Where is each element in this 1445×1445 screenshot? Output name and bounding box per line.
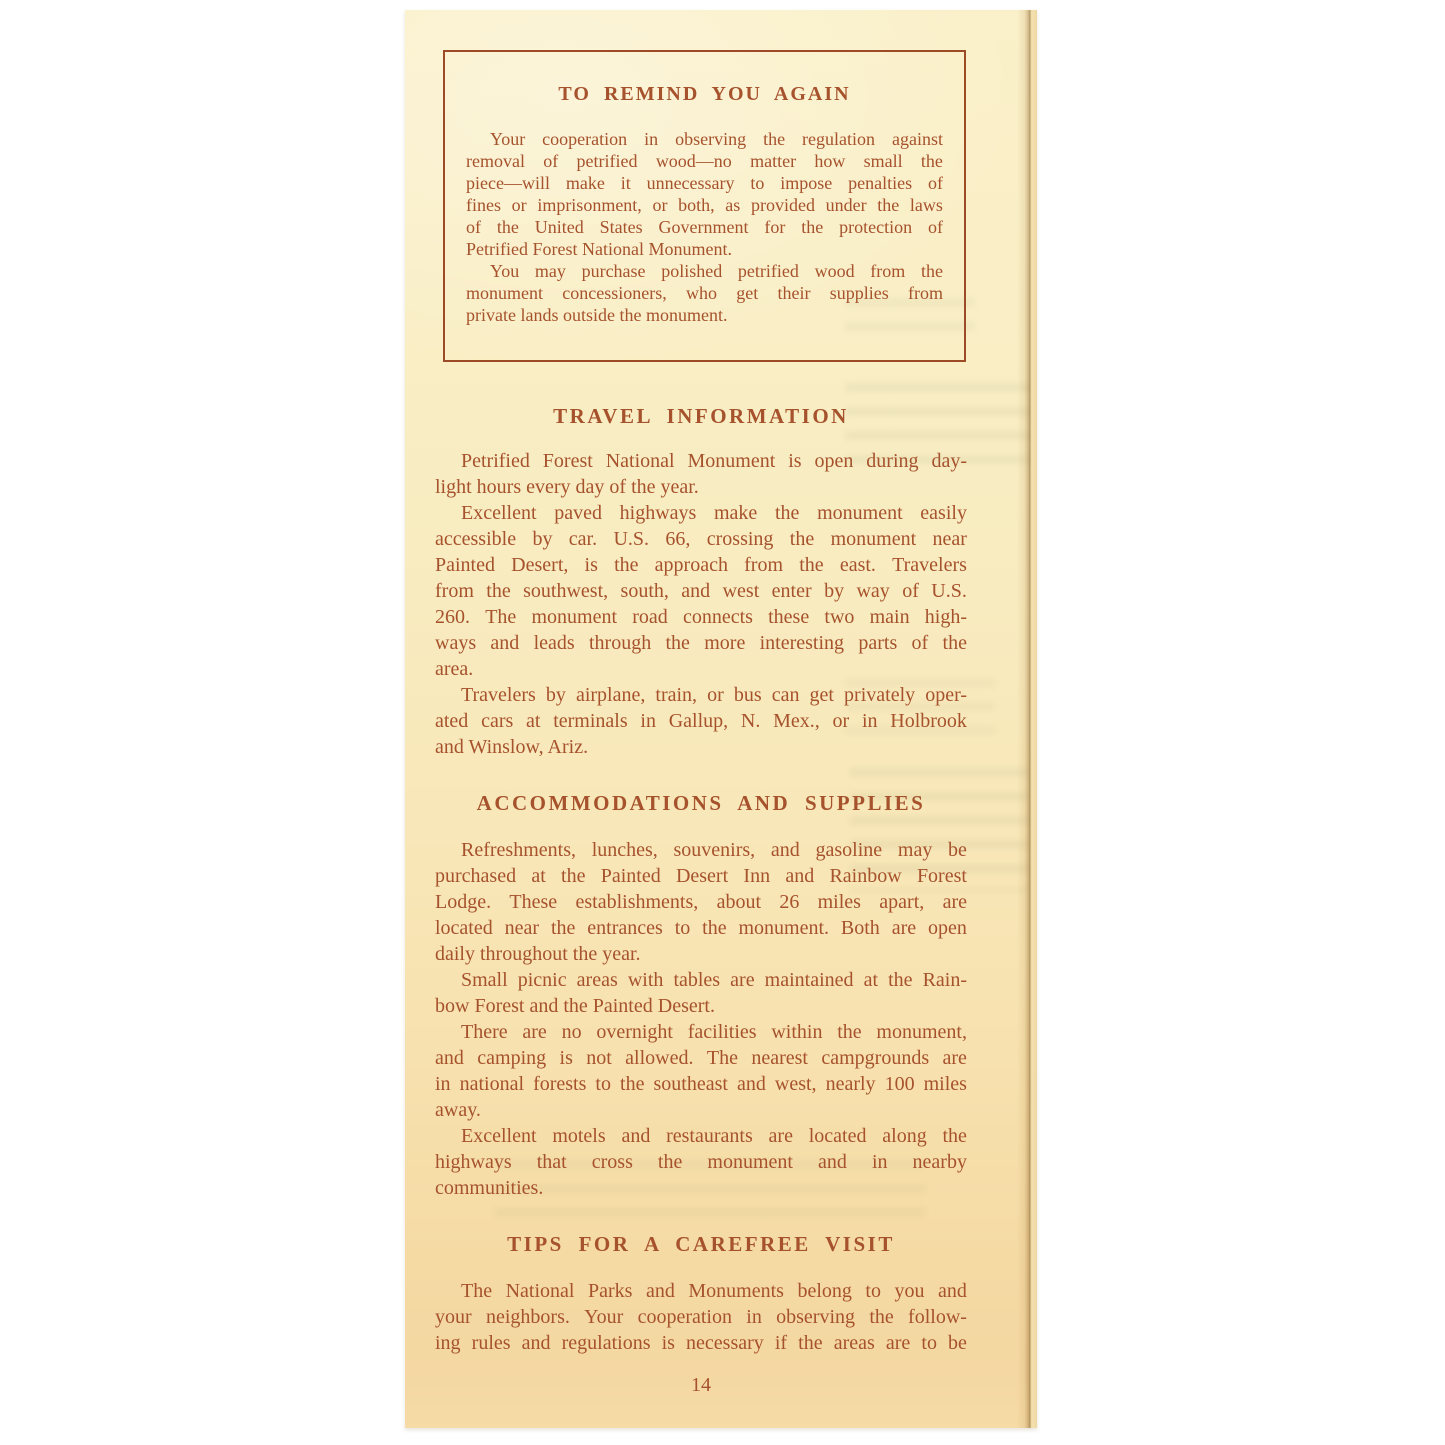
- section-heading: ACCOMMODATIONS AND SUPPLIES: [435, 790, 967, 816]
- text-line: locatedneartheentrancestothemonument.Bot…: [435, 915, 967, 941]
- text-line: ingrulesandregulationsisnecessaryifthear…: [435, 1330, 967, 1356]
- paragraph: Travelersbyairplane,train,orbuscangetpri…: [435, 682, 967, 760]
- text-line: finesorimprisonment,orboth,asprovidedund…: [466, 194, 943, 216]
- section-heading: TRAVEL INFORMATION: [435, 403, 967, 429]
- text-line: andcampingisnotallowed.Thenearestcampgro…: [435, 1045, 967, 1071]
- section-tips-for-a-carefree-visit: TIPS FOR A CAREFREE VISITTheNationalPark…: [435, 1231, 967, 1356]
- paragraph: Youmaypurchasepolishedpetrifiedwoodfromt…: [466, 260, 943, 326]
- text-line: Yourcooperationinobservingtheregulationa…: [466, 128, 943, 150]
- section-heading: TIPS FOR A CAREFREE VISIT: [435, 1231, 967, 1257]
- text-line: yourneighbors.Yourcooperationinobserving…: [435, 1304, 967, 1330]
- reminder-box: TO REMIND YOU AGAIN Yourcooperationinobs…: [443, 50, 966, 362]
- section-travel-information: TRAVEL INFORMATIONPetrifiedForestNationa…: [435, 403, 967, 760]
- text-line: accessiblebycar.U.S.66,crossingthemonume…: [435, 526, 967, 552]
- text-line: monumentconcessioners,whogettheirsupplie…: [466, 282, 943, 304]
- paragraph: Refreshments,lunches,souvenirs,andgasoli…: [435, 837, 967, 967]
- text-line: PetrifiedForestNationalMonumentisopendur…: [435, 448, 967, 474]
- section-accommodations-and-supplies: ACCOMMODATIONS AND SUPPLIESRefreshments,…: [435, 790, 967, 1201]
- text-line: purchasedatthePaintedDesertInnandRainbow…: [435, 863, 967, 889]
- paragraph: Yourcooperationinobservingtheregulationa…: [466, 128, 943, 260]
- text-line: atedcarsatterminalsinGallup,N.Mex.,orinH…: [435, 708, 967, 734]
- text-line: PaintedDesert,istheapproachfromtheeast.T…: [435, 552, 967, 578]
- text-line: Lodge.Theseestablishments,about26milesap…: [435, 889, 967, 915]
- text-line: and Winslow, Ariz.: [435, 734, 967, 760]
- text-line: daily throughout the year.: [435, 941, 967, 967]
- text-line: 260.Themonumentroadconnectsthesetwomainh…: [435, 604, 967, 630]
- paragraph: Excellentmotelsandrestaurantsarelocateda…: [435, 1123, 967, 1201]
- text-line: fromthesouthwest,south,andwestenterbyway…: [435, 578, 967, 604]
- text-line: innationalforeststothesoutheastandwest,n…: [435, 1071, 967, 1097]
- reminder-box-body: Yourcooperationinobservingtheregulationa…: [466, 128, 943, 326]
- text-line: TheNationalParksandMonumentsbelongtoyoua…: [435, 1278, 967, 1304]
- text-line: Petrified Forest National Monument.: [466, 238, 943, 260]
- paragraph: Excellentpavedhighwaysmakethemonumenteas…: [435, 500, 967, 682]
- paragraph: PetrifiedForestNationalMonumentisopendur…: [435, 448, 967, 500]
- text-line: Therearenoovernightfacilitieswithinthemo…: [435, 1019, 967, 1045]
- page-fold-edge: [1017, 10, 1037, 1428]
- paragraph: TheNationalParksandMonumentsbelongtoyoua…: [435, 1278, 967, 1356]
- reminder-box-title: TO REMIND YOU AGAIN: [466, 82, 943, 106]
- text-line: Youmaypurchasepolishedpetrifiedwoodfromt…: [466, 260, 943, 282]
- text-line: private lands outside the monument.: [466, 304, 943, 326]
- paragraph: Therearenoovernightfacilitieswithinthemo…: [435, 1019, 967, 1123]
- brochure-page: TO REMIND YOU AGAIN Yourcooperationinobs…: [405, 10, 1037, 1428]
- text-line: bow Forest and the Painted Desert.: [435, 993, 967, 1019]
- text-line: waysandleadsthroughthemoreinterestingpar…: [435, 630, 967, 656]
- text-line: Smallpicnicareaswithtablesaremaintaineda…: [435, 967, 967, 993]
- text-line: Travelersbyairplane,train,orbuscangetpri…: [435, 682, 967, 708]
- text-line: light hours every day of the year.: [435, 474, 967, 500]
- text-line: oftheUnitedStatesGovernmentfortheprotect…: [466, 216, 943, 238]
- text-line: Refreshments,lunches,souvenirs,andgasoli…: [435, 837, 967, 863]
- text-line: communities.: [435, 1175, 967, 1201]
- text-line: piece—willmakeitunnecessarytoimposepenal…: [466, 172, 943, 194]
- text-line: area.: [435, 656, 967, 682]
- text-line: away.: [435, 1097, 967, 1123]
- paragraph: Smallpicnicareaswithtablesaremaintaineda…: [435, 967, 967, 1019]
- page-content: TO REMIND YOU AGAIN Yourcooperationinobs…: [435, 50, 967, 1397]
- text-line: highwaysthatcrossthemonumentandinnearby: [435, 1149, 967, 1175]
- text-line: Excellentpavedhighwaysmakethemonumenteas…: [435, 500, 967, 526]
- page-number: 14: [435, 1374, 967, 1397]
- sections-container: TRAVEL INFORMATIONPetrifiedForestNationa…: [435, 403, 967, 1356]
- text-line: removalofpetrifiedwood—nomatterhowsmallt…: [466, 150, 943, 172]
- text-line: Excellentmotelsandrestaurantsarelocateda…: [435, 1123, 967, 1149]
